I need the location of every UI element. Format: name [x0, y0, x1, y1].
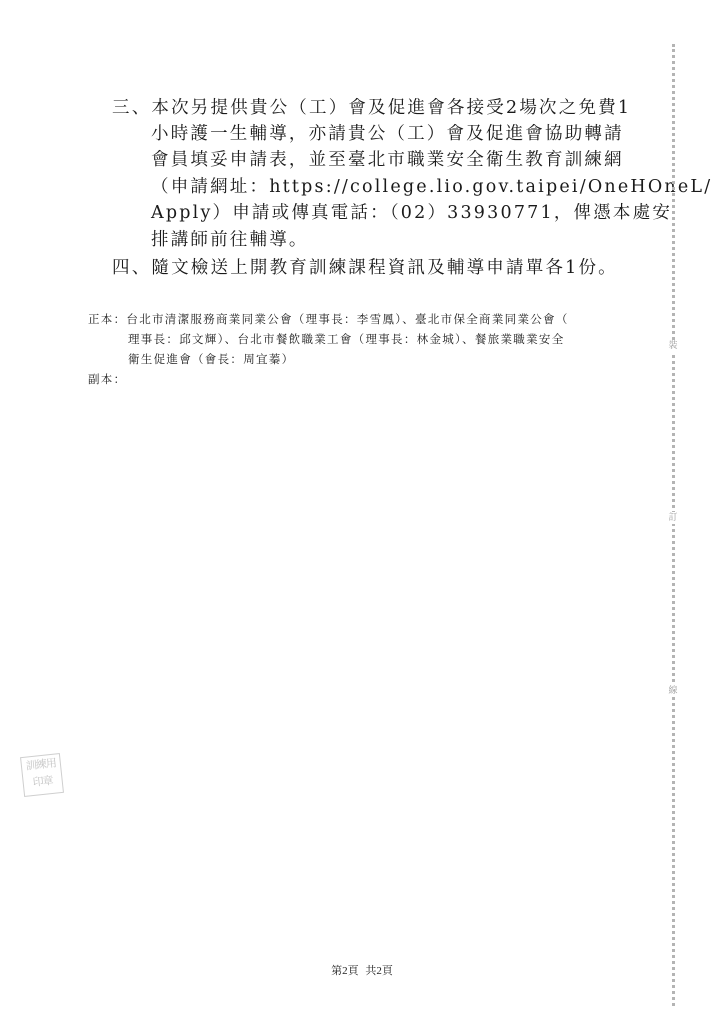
seal-stamp-icon: 訓練用 印章: [20, 753, 64, 797]
binding-char-ding: 訂: [666, 512, 680, 524]
item-3-line-3: 會員填妥申請表，並至臺北市職業安全衛生教育訓練網: [151, 147, 624, 174]
document-page: 三、本次另提供貴公（工）會及促進會各接受2場次之免費1 小時護一生輔導，亦請貴公…: [0, 0, 724, 1024]
binding-char-zhuang: 裝: [666, 340, 680, 352]
original-recipients-line-3: 衛生促進會（會長：周宜蓁）: [128, 349, 294, 369]
item-3-line-5: Apply）申請或傳真電話：（02）33930771，俾憑本處安: [151, 200, 672, 227]
binding-dotted-line: [672, 44, 675, 1006]
binding-char-xian: 線: [666, 685, 680, 697]
page-footer: 第2頁 共2頁: [0, 962, 724, 978]
original-recipients-line-2: 理事長：邱文輝）、台北市餐飲職業工會（理事長：林金城）、餐旅業職業安全: [128, 329, 565, 349]
item-4-line-1: 四、隨文檢送上開教育訓練課程資訊及輔導申請單各1份。: [112, 255, 618, 282]
item-3-line-4: （申請網址：https://college.lio.gov.taipei/One…: [151, 174, 712, 201]
item-3-line-6: 排講師前往輔導。: [151, 227, 309, 254]
item-3-line-2: 小時護一生輔導，亦請貴公（工）會及促進會協助轉請: [151, 121, 624, 148]
item-3-line-1: 三、本次另提供貴公（工）會及促進會各接受2場次之免費1: [112, 95, 631, 122]
item-3-number: 三、: [112, 98, 151, 118]
original-recipients-line-1: 正本：台北市清潔服務商業同業公會（理事長：李雪鳳）、臺北市保全商業同業公會（: [88, 309, 569, 329]
page-total: 共2頁: [365, 965, 393, 977]
copy-label: 副本：: [88, 369, 126, 389]
original-label: 正本：: [88, 312, 126, 326]
item-4-number: 四、: [112, 258, 151, 278]
page-current: 第2頁: [331, 965, 359, 977]
